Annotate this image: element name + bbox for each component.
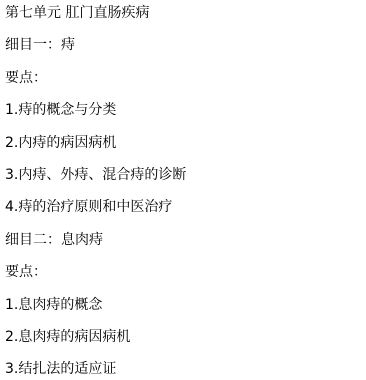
section-1-title: 细目一：痔 <box>5 29 366 61</box>
section-1-keypoint-4: 4.痔的治疗原则和中医治疗 <box>5 191 366 223</box>
section-2-keypoint-2: 2.息肉痔的病因病机 <box>5 321 366 353</box>
section-2-keypoints-label: 要点： <box>5 256 366 288</box>
unit-title: 第七单元 肛门直肠疾病 <box>5 0 366 29</box>
section-1-keypoint-2: 2.内痔的病因病机 <box>5 127 366 159</box>
section-1-keypoints-label: 要点： <box>5 62 366 94</box>
section-2-title: 细目二：息肉痔 <box>5 224 366 256</box>
section-2-keypoint-3: 3.结扎法的适应证 <box>5 353 366 377</box>
section-1-keypoint-3: 3.内痔、外痔、混合痔的诊断 <box>5 159 366 191</box>
document-page: 第七单元 肛门直肠疾病 细目一：痔 要点： 1.痔的概念与分类 2.内痔的病因病… <box>0 0 366 377</box>
section-1-keypoint-1: 1.痔的概念与分类 <box>5 94 366 126</box>
section-2-keypoint-1: 1.息肉痔的概念 <box>5 289 366 321</box>
